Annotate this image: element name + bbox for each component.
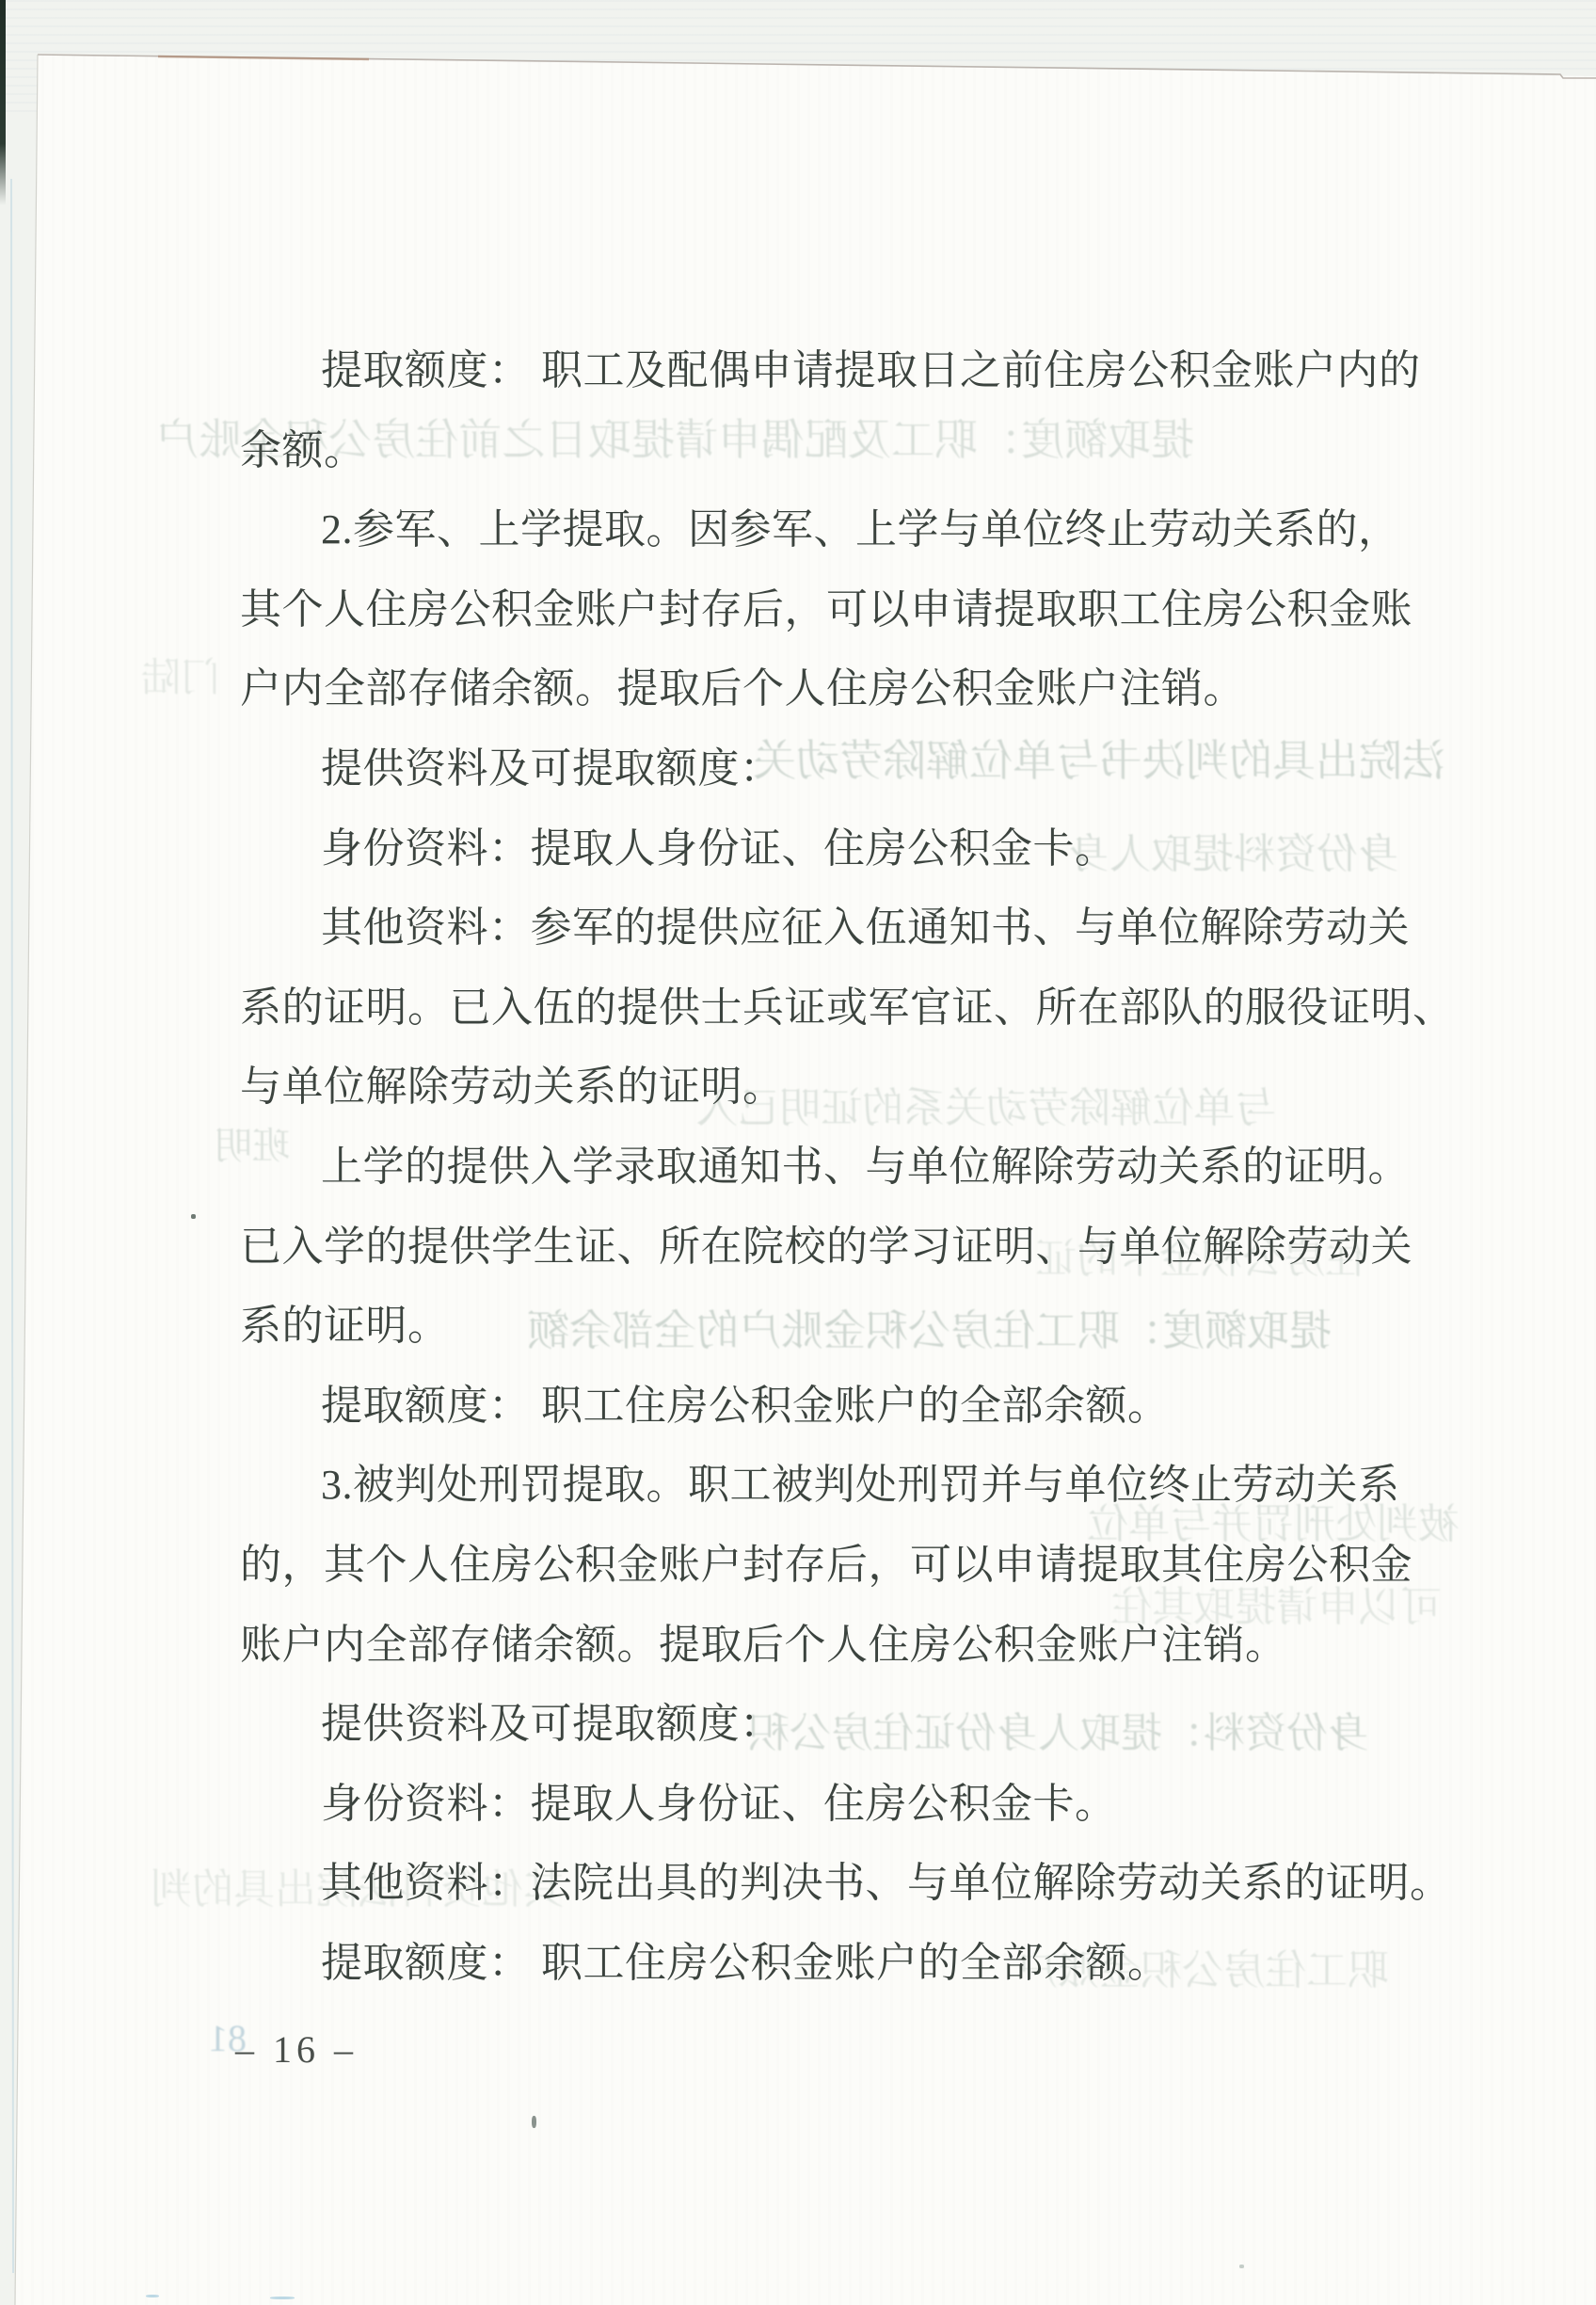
text-line: 已入学的提供学生证、所在院校的学习证明、与单位解除劳动关 — [240, 1225, 1412, 1269]
text-line: 其个人住房公积金账户封存后，可以申请提取职工住房公积金账 — [240, 588, 1412, 632]
text-line: 其他资料：参军的提供应征入伍通知书、与单位解除劳动关 — [321, 906, 1410, 950]
text-line: 其他资料：法院出具的判决书、与单位解除劳动关系的证明。 — [321, 1862, 1452, 1905]
scan-speck — [270, 2297, 295, 2299]
text-line: 的，其个人住房公积金账户封存后，可以申请提取其住房公积金 — [240, 1544, 1412, 1587]
text-line: 提供资料及可提取额度： — [321, 747, 782, 791]
text-line: 身份资料：提取人身份证、住房公积金卡。 — [321, 1783, 1117, 1826]
scan-speck — [191, 1214, 196, 1219]
text-line: 提取额度： 职工住房公积金账户的全部余额。 — [321, 1942, 1170, 1985]
scan-speck — [532, 2116, 536, 2128]
text-line: 上学的提供入学录取通知书、与单位解除劳动关系的证明。 — [321, 1145, 1410, 1189]
text-line: 3.被判处刑罚提取。职工被判处刑罚并与单位终止劳动关系 — [321, 1464, 1400, 1507]
text-line: 系的证明。 — [240, 1305, 450, 1348]
text-line: 与单位解除劳动关系的证明。 — [240, 1065, 785, 1109]
text-line: 身份资料：提取人身份证、住房公积金卡。 — [321, 827, 1117, 871]
scanner-edge-strip — [0, 0, 6, 205]
page-number: – 16 – — [235, 2029, 358, 2071]
text-line: 系的证明。已入伍的提供士兵证或军官证、所在部队的服役证明、 — [240, 986, 1455, 1030]
text-line: 户内全部存储余额。提取后个人住房公积金账户注销。 — [240, 667, 1245, 711]
scanner-left-cyan-line — [11, 179, 13, 2273]
text-line: 余额。 — [240, 429, 366, 472]
scan-speck — [1239, 2265, 1244, 2268]
text-line: 2.参军、上学提取。因参军、上学与单位终止劳动关系的， — [321, 508, 1400, 552]
text-line: 提取额度： 职工住房公积金账户的全部余额。 — [321, 1385, 1170, 1428]
text-line: 提取额度： 职工及配偶申请提取日之前住房公积金账户内的 — [321, 349, 1421, 392]
text-line: 提供资料及可提取额度： — [321, 1703, 782, 1746]
scanned-page: 提取额度：职工及配偶申请提取日之前住房公积金账户法院出具的判决书与单位解除劳动关… — [0, 0, 1596, 2305]
scan-speck — [146, 2295, 159, 2297]
text-line: 账户内全部存储余额。提取后个人住房公积金账户注销。 — [240, 1624, 1287, 1667]
